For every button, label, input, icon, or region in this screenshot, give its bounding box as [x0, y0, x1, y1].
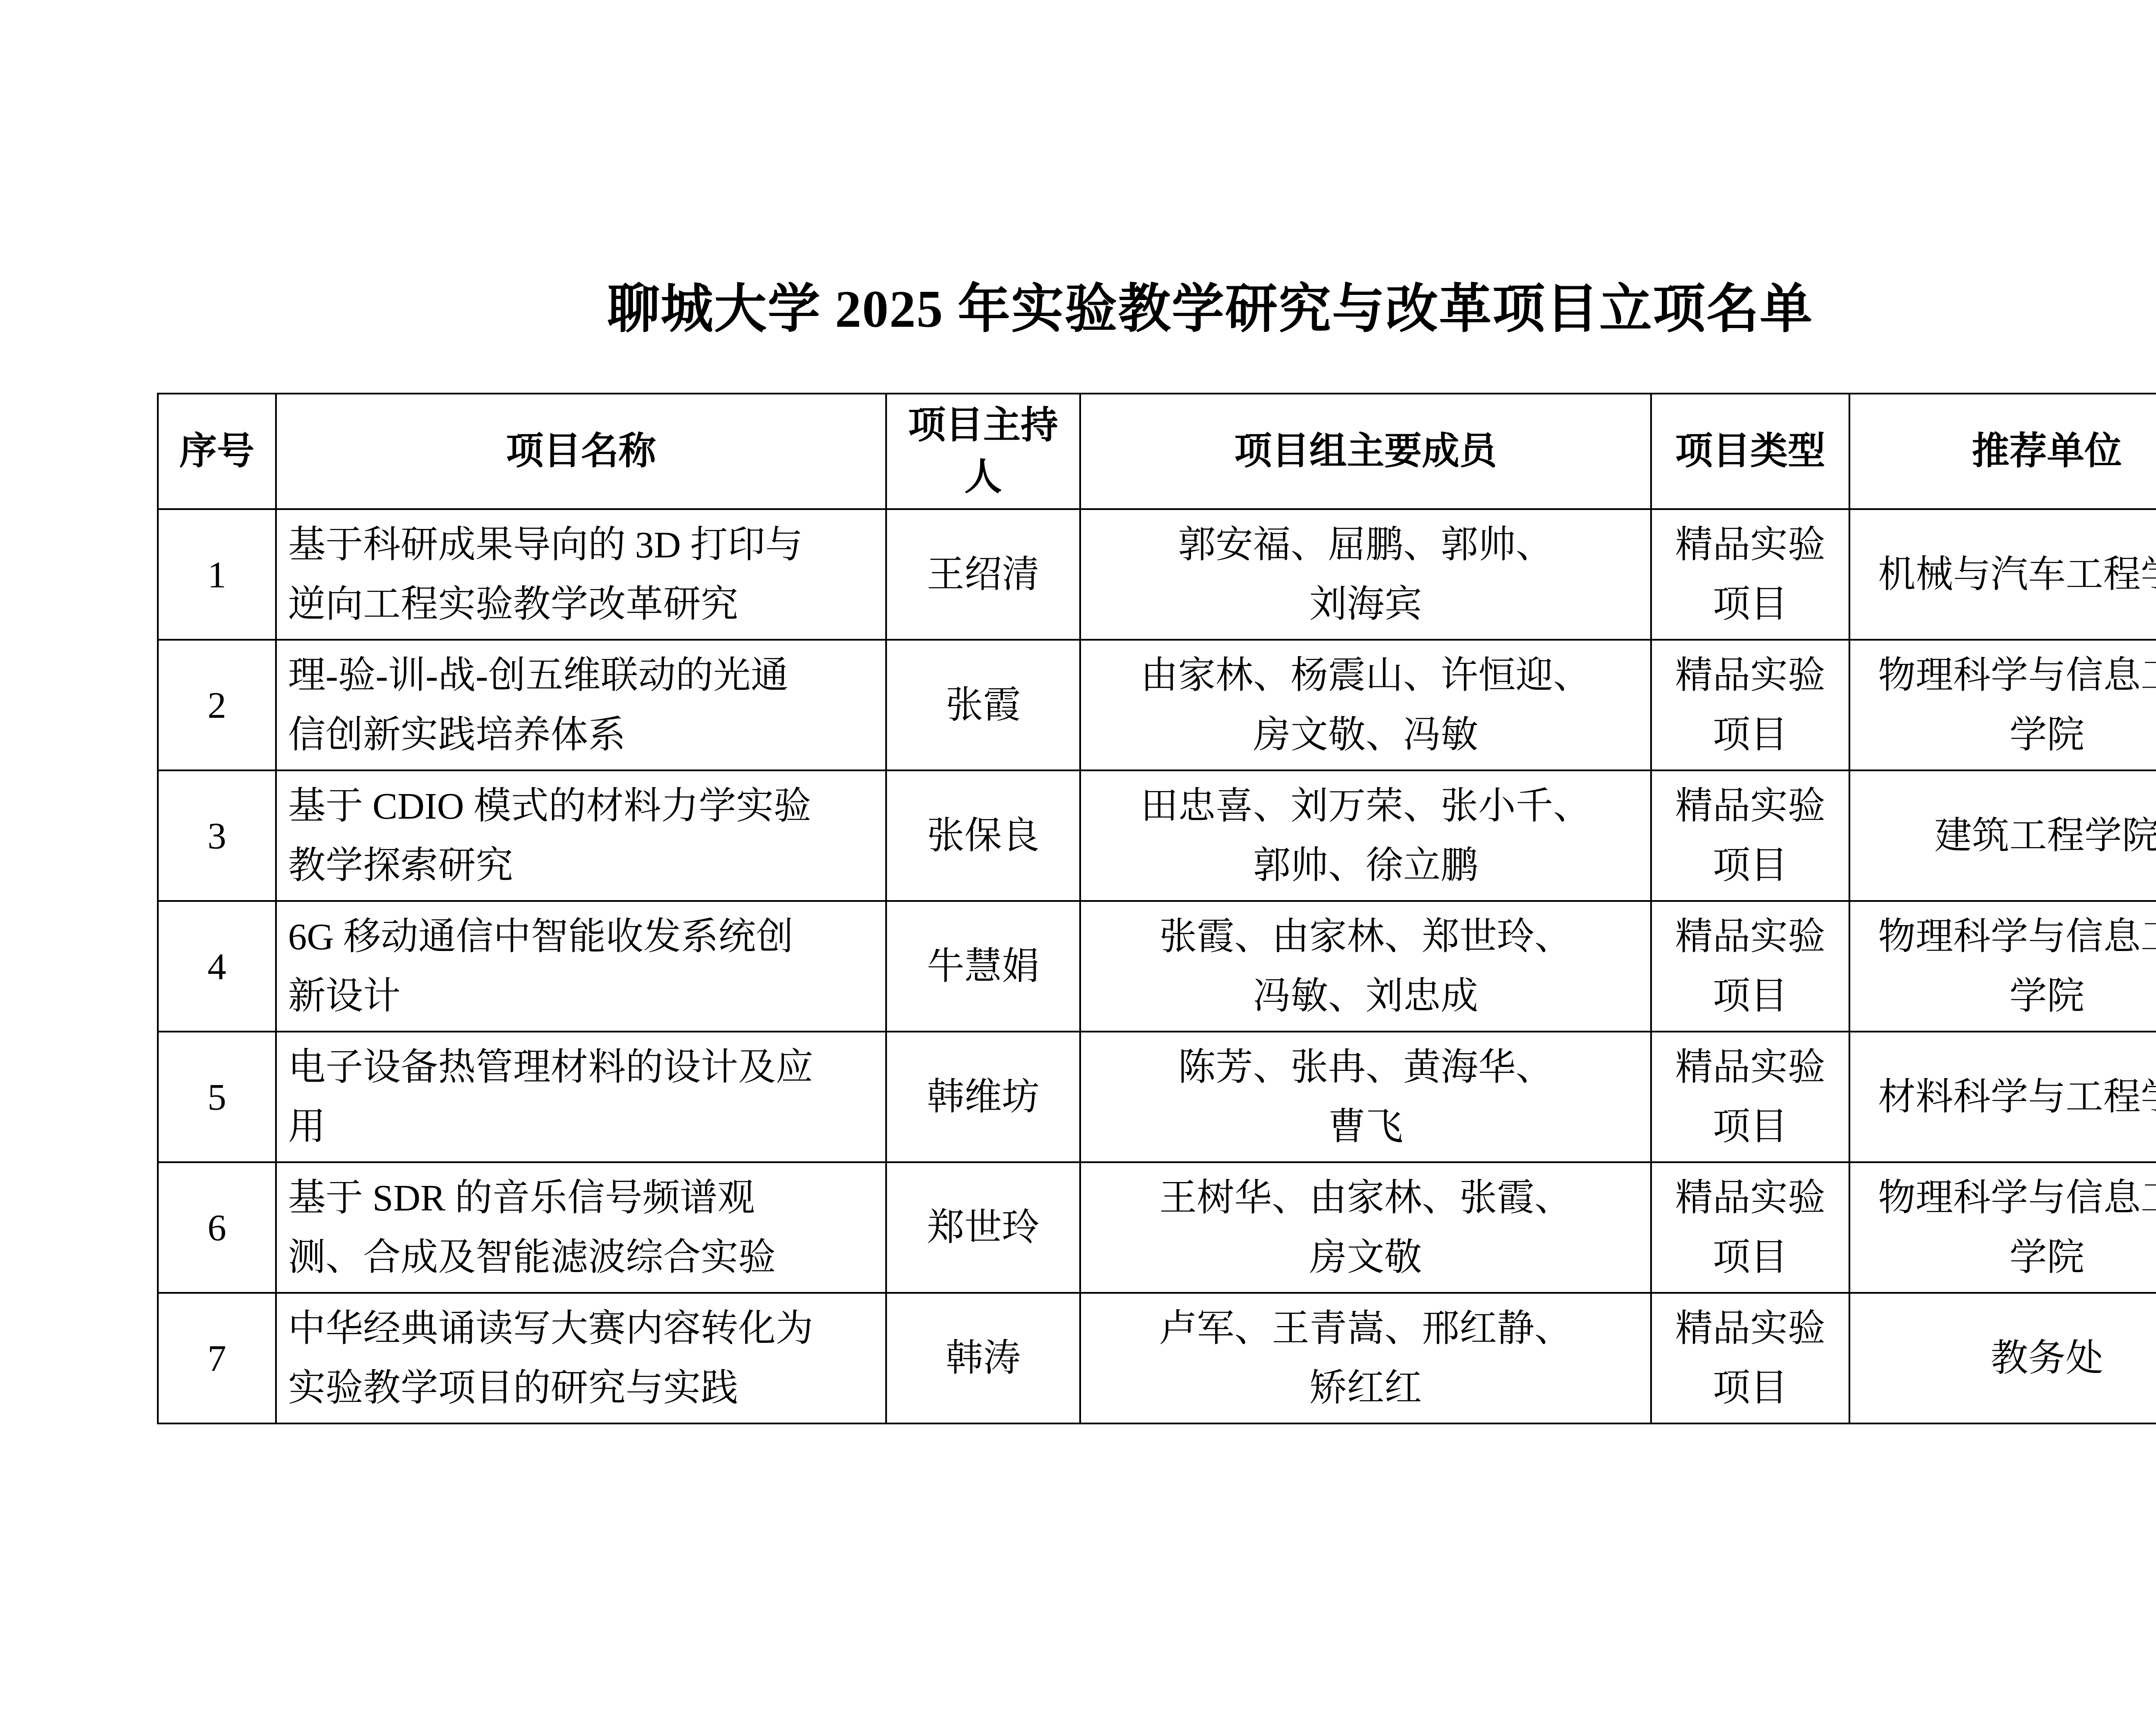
cell-members: 由家林、杨震山、许恒迎、 房文敬、冯敏 — [1080, 640, 1651, 770]
cell-project-type: 精品实验 项目 — [1651, 1032, 1849, 1162]
cell-project-type: 精品实验 项目 — [1651, 770, 1849, 901]
cell-project-name: 理-验-训-战-创五维联动的光通 信创新实践培养体系 — [276, 640, 886, 770]
cell-project-type: 精品实验 项目 — [1651, 901, 1849, 1032]
cell-project-name: 电子设备热管理材料的设计及应 用 — [276, 1032, 886, 1162]
cell-unit: 机械与汽车工程学院 — [1849, 509, 2156, 640]
cell-leader: 牛慧娟 — [886, 901, 1080, 1032]
cell-leader: 王绍清 — [886, 509, 1080, 640]
table-row: 6 基于 SDR 的音乐信号频谱观 测、合成及智能滤波综合实验 郑世玲 王树华、… — [158, 1162, 2156, 1293]
table-row: 4 6G 移动通信中智能收发系统创 新设计 牛慧娟 张霞、由家林、郑世玲、 冯敏… — [158, 901, 2156, 1032]
cell-no: 6 — [158, 1162, 276, 1293]
cell-unit: 物理科学与信息工程 学院 — [1849, 1162, 2156, 1293]
cell-leader: 张保良 — [886, 770, 1080, 901]
cell-unit: 建筑工程学院 — [1849, 770, 2156, 901]
cell-project-type: 精品实验 项目 — [1651, 640, 1849, 770]
cell-no: 2 — [158, 640, 276, 770]
cell-leader: 郑世玲 — [886, 1162, 1080, 1293]
cell-unit: 物理科学与信息工程 学院 — [1849, 640, 2156, 770]
cell-members: 王树华、由家林、张霞、 房文敬 — [1080, 1162, 1651, 1293]
table-row: 2 理-验-训-战-创五维联动的光通 信创新实践培养体系 张霞 由家林、杨震山、… — [158, 640, 2156, 770]
cell-unit: 物理科学与信息工程 学院 — [1849, 901, 2156, 1032]
cell-no: 5 — [158, 1032, 276, 1162]
table-row: 1 基于科研成果导向的 3D 打印与 逆向工程实验教学改革研究 王绍清 郭安福、… — [158, 509, 2156, 640]
cell-project-name: 基于 CDIO 模式的材料力学实验 教学探索研究 — [276, 770, 886, 901]
cell-project-type: 精品实验 项目 — [1651, 509, 1849, 640]
document-page: 聊城大学 2025 年实验教学研究与改革项目立项名单 序号 项目名称 项目主持人… — [0, 0, 2156, 1711]
cell-leader: 韩维坊 — [886, 1032, 1080, 1162]
header-members: 项目组主要成员 — [1080, 394, 1651, 509]
header-no: 序号 — [158, 394, 276, 509]
cell-project-name: 基于科研成果导向的 3D 打印与 逆向工程实验教学改革研究 — [276, 509, 886, 640]
cell-project-name: 中华经典诵读写大赛内容转化为 实验教学项目的研究与实践 — [276, 1293, 886, 1423]
cell-members: 陈芳、张冉、黄海华、 曹飞 — [1080, 1032, 1651, 1162]
cell-project-type: 精品实验 项目 — [1651, 1293, 1849, 1423]
table-row: 7 中华经典诵读写大赛内容转化为 实验教学项目的研究与实践 韩涛 卢军、王青嵩、… — [158, 1293, 2156, 1423]
cell-no: 3 — [158, 770, 276, 901]
table-row: 3 基于 CDIO 模式的材料力学实验 教学探索研究 张保良 田忠喜、刘万荣、张… — [158, 770, 2156, 901]
cell-members: 郭安福、屈鹏、郭帅、 刘海宾 — [1080, 509, 1651, 640]
header-unit: 推荐单位 — [1849, 394, 2156, 509]
cell-project-name: 6G 移动通信中智能收发系统创 新设计 — [276, 901, 886, 1032]
cell-unit: 教务处 — [1849, 1293, 2156, 1423]
cell-no: 1 — [158, 509, 276, 640]
cell-no: 4 — [158, 901, 276, 1032]
page-title: 聊城大学 2025 年实验教学研究与改革项目立项名单 — [0, 274, 2156, 345]
cell-no: 7 — [158, 1293, 276, 1423]
cell-members: 卢军、王青嵩、邢红静、 矫红红 — [1080, 1293, 1651, 1423]
cell-members: 张霞、由家林、郑世玲、 冯敏、刘忠成 — [1080, 901, 1651, 1032]
cell-unit: 材料科学与工程学院 — [1849, 1032, 2156, 1162]
header-row: 序号 项目名称 项目主持人 项目组主要成员 项目类型 推荐单位 — [158, 394, 2156, 509]
table-body: 1 基于科研成果导向的 3D 打印与 逆向工程实验教学改革研究 王绍清 郭安福、… — [158, 509, 2156, 1423]
cell-leader: 韩涛 — [886, 1293, 1080, 1423]
header-project-type: 项目类型 — [1651, 394, 1849, 509]
cell-project-type: 精品实验 项目 — [1651, 1162, 1849, 1293]
cell-project-name: 基于 SDR 的音乐信号频谱观 测、合成及智能滤波综合实验 — [276, 1162, 886, 1293]
table-row: 5 电子设备热管理材料的设计及应 用 韩维坊 陈芳、张冉、黄海华、 曹飞 精品实… — [158, 1032, 2156, 1162]
header-project-name: 项目名称 — [276, 394, 886, 509]
projects-table: 序号 项目名称 项目主持人 项目组主要成员 项目类型 推荐单位 1 基于科研成果… — [157, 393, 2156, 1424]
cell-members: 田忠喜、刘万荣、张小千、 郭帅、徐立鹏 — [1080, 770, 1651, 901]
cell-leader: 张霞 — [886, 640, 1080, 770]
header-leader: 项目主持人 — [886, 394, 1080, 509]
